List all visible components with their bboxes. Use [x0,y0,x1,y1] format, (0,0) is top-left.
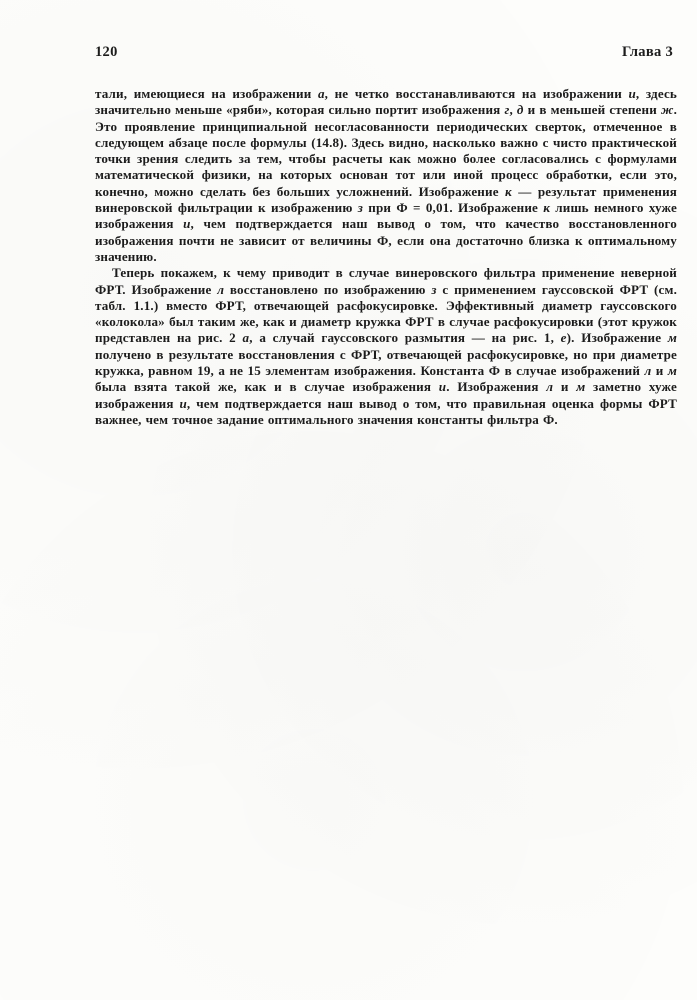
image-label-italic: и [628,86,635,101]
book-page: 120 Глава 3 тали, имеющиеся на изображен… [0,0,697,1000]
image-label-italic: к [543,200,550,215]
paragraph: тали, имеющиеся на изображении а, не чет… [95,86,677,265]
image-label-italic: л [546,379,553,394]
page-number: 120 [95,44,118,61]
image-label-italic: з [431,282,436,297]
page-header: 120 Глава 3 [95,44,673,61]
image-label-italic: е [561,330,567,345]
image-label-italic: з [358,200,363,215]
image-label-italic: а [318,86,325,101]
image-label-italic: и [439,379,446,394]
image-label-italic: м [668,330,677,345]
image-label-italic: к [505,184,512,199]
image-label-italic: и [183,216,190,231]
image-label-italic: ж [661,102,674,117]
image-label-italic: д [517,102,524,117]
body-text: тали, имеющиеся на изображении а, не чет… [95,86,677,428]
chapter-heading: Глава 3 [622,44,673,61]
image-label-italic: л [644,363,651,378]
image-label-italic: г [504,102,509,117]
image-label-italic: м [668,363,677,378]
image-label-italic: м [576,379,585,394]
paragraph: Теперь покажем, к чему приводит в случае… [95,265,677,428]
image-label-italic: л [217,282,224,297]
image-label-italic: а [243,330,250,345]
image-label-italic: и [179,396,186,411]
